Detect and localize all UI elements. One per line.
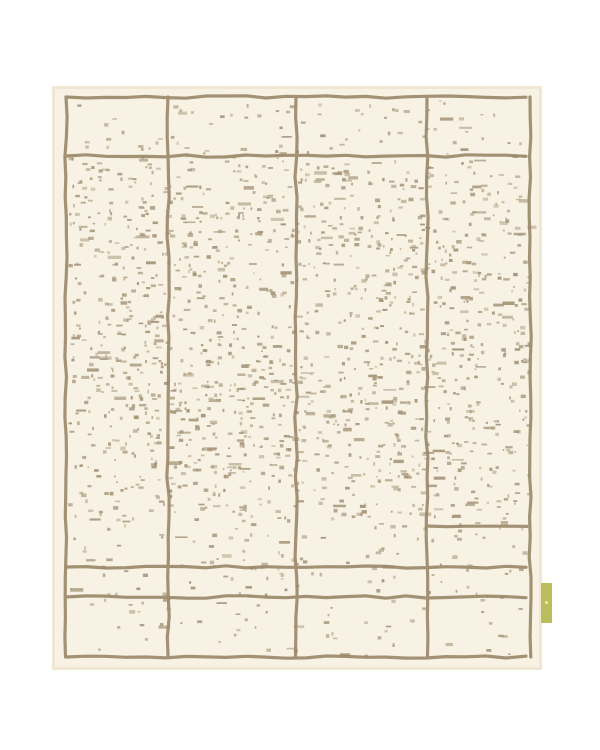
rug — [0, 0, 600, 750]
product-photo: Cream handwoven rug with taupe irregular… — [0, 0, 600, 750]
rug-label-tag — [541, 583, 552, 623]
